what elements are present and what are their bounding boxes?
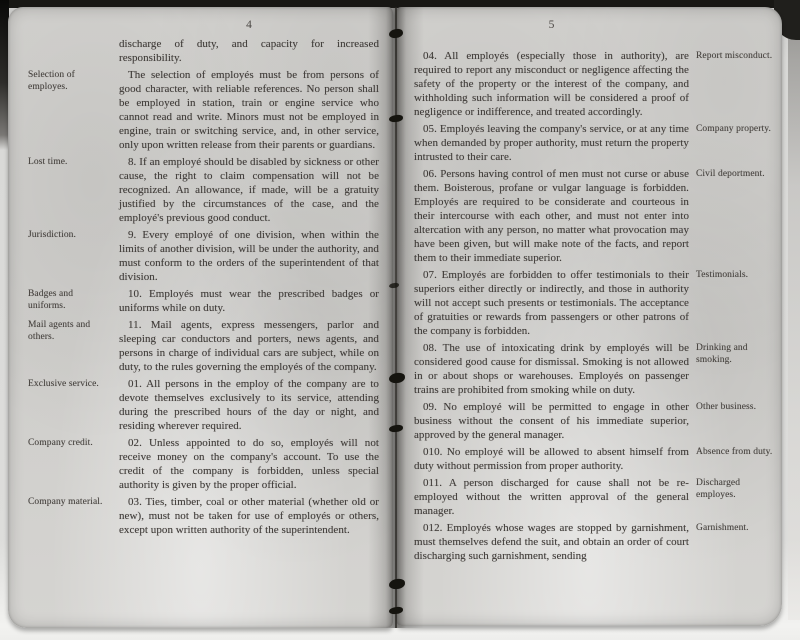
paragraph-text: 10. Employés must wear the prescribed ba… bbox=[119, 287, 379, 315]
paragraph-row: 010. No employé will be allowed to absen… bbox=[414, 445, 776, 473]
margin-note bbox=[28, 37, 112, 38]
paragraph-text: 03. Ties, timber, coal or other material… bbox=[119, 495, 379, 537]
right-page-content: 5 04. All employés (especially those in … bbox=[396, 7, 782, 626]
paragraph-row: Lost time. 8. If an employé should be di… bbox=[28, 155, 379, 225]
paragraph-text: 09. No employé will be permitted to enga… bbox=[414, 400, 689, 442]
margin-note: Company credit. bbox=[28, 436, 112, 449]
paragraph-row: Selection of employes. The selection of … bbox=[28, 68, 379, 152]
left-page-content: 4 discharge of duty, and capacity for in… bbox=[8, 7, 393, 628]
left-page-header: 4 bbox=[28, 19, 379, 31]
paragraph-row: 05. Employés leaving the company's servi… bbox=[414, 122, 776, 164]
paragraph-row: 09. No employé will be permitted to enga… bbox=[414, 400, 776, 442]
paragraph-text: 07. Employés are forbidden to offer test… bbox=[414, 268, 689, 338]
page-number-left: 4 bbox=[119, 19, 379, 31]
margin-note: Mail agents and others. bbox=[28, 318, 112, 343]
open-rulebook-photo: 4 discharge of duty, and capacity for in… bbox=[0, 0, 800, 640]
paragraph-text: The selection of employés must be from p… bbox=[119, 68, 379, 152]
paragraph-row: 012. Employés whose wages are stopped by… bbox=[414, 521, 776, 563]
paragraph-row: 011. A person discharged for cause shall… bbox=[414, 476, 776, 518]
paragraph-text: 06. Persons having control of men must n… bbox=[414, 167, 689, 265]
paragraph-text: 05. Employés leaving the company's servi… bbox=[414, 122, 689, 164]
margin-note: Company property. bbox=[696, 122, 776, 135]
paragraph-text: 11. Mail agents, express messengers, par… bbox=[119, 318, 379, 374]
paragraph-text: 04. All employés (especially those in au… bbox=[414, 49, 689, 119]
right-page: 5 04. All employés (especially those in … bbox=[396, 7, 782, 626]
margin-gutter bbox=[28, 19, 112, 20]
margin-note: Other business. bbox=[696, 400, 776, 413]
paragraph-text: 012. Employés whose wages are stopped by… bbox=[414, 521, 689, 563]
margin-gutter bbox=[696, 19, 776, 20]
paragraph-row: Mail agents and others. 11. Mail agents,… bbox=[28, 318, 379, 374]
paragraph-row: 07. Employés are forbidden to offer test… bbox=[414, 268, 776, 338]
margin-note: Selection of employes. bbox=[28, 68, 112, 93]
paragraph-text: 02. Unless appointed to do so, employés … bbox=[119, 436, 379, 492]
margin-note: Report misconduct. bbox=[696, 49, 776, 62]
paragraph-text: discharge of duty, and capacity for incr… bbox=[119, 37, 379, 65]
paragraph-text: 8. If an employé should be disabled by s… bbox=[119, 155, 379, 225]
margin-note: Drinking and smoking. bbox=[696, 341, 776, 366]
right-page-header: 5 bbox=[414, 19, 776, 31]
paragraph-row: Jurisdiction. 9. Every employé of one di… bbox=[28, 228, 379, 284]
paragraph-text: 010. No employé will be allowed to absen… bbox=[414, 445, 689, 473]
margin-note: Testimonials. bbox=[696, 268, 776, 281]
margin-note: Absence from duty. bbox=[696, 445, 776, 458]
paragraph-text: 08. The use of intoxicating drink by emp… bbox=[414, 341, 689, 397]
paragraph-row: Company material. 03. Ties, timber, coal… bbox=[28, 495, 379, 537]
paragraph-row: discharge of duty, and capacity for incr… bbox=[28, 37, 379, 65]
page-number-right: 5 bbox=[414, 19, 689, 31]
paragraph-row: Exclusive service. 01. All persons in th… bbox=[28, 377, 379, 433]
paragraph-row: Company credit. 02. Unless appointed to … bbox=[28, 436, 379, 492]
margin-note: Civil deportment. bbox=[696, 167, 776, 180]
margin-note: Garnishment. bbox=[696, 521, 776, 534]
paragraph-text: 01. All persons in the employ of the com… bbox=[119, 377, 379, 433]
paragraph-row: Badges and uniforms. 10. Employés must w… bbox=[28, 287, 379, 315]
paragraph-row: 08. The use of intoxicating drink by emp… bbox=[414, 341, 776, 397]
margin-note: Company material. bbox=[28, 495, 112, 508]
left-page: 4 discharge of duty, and capacity for in… bbox=[8, 7, 393, 628]
margin-note: Exclusive service. bbox=[28, 377, 112, 390]
book-page-right-edge bbox=[788, 0, 800, 620]
margin-note: Badges and uniforms. bbox=[28, 287, 112, 312]
margin-note: Lost time. bbox=[28, 155, 112, 168]
margin-note: Discharged employes. bbox=[696, 476, 776, 501]
paragraph-row: 06. Persons having control of men must n… bbox=[414, 167, 776, 265]
paragraph-text: 011. A person discharged for cause shall… bbox=[414, 476, 689, 518]
paragraph-row: 04. All employés (especially those in au… bbox=[414, 49, 776, 119]
margin-note: Jurisdiction. bbox=[28, 228, 112, 241]
paragraph-text: 9. Every employé of one division, when w… bbox=[119, 228, 379, 284]
